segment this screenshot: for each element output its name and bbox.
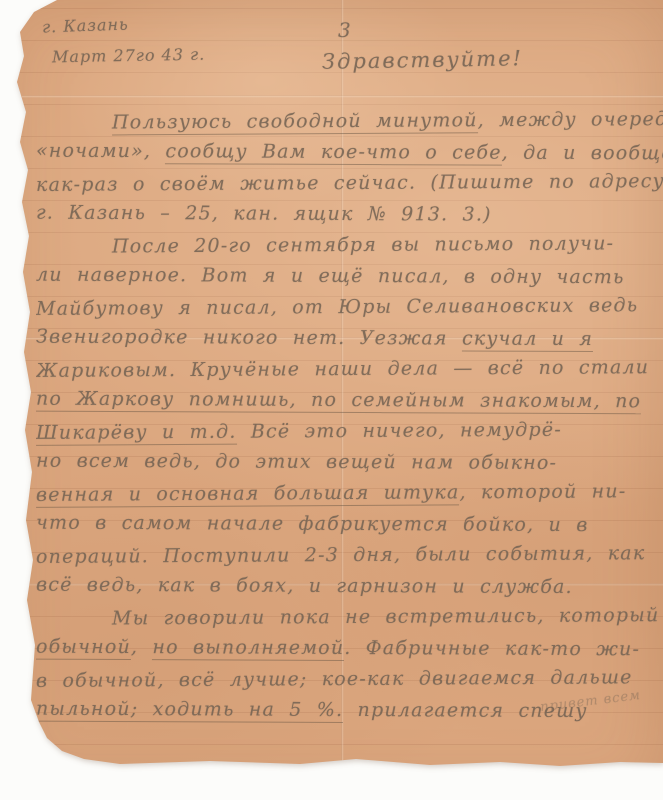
handwritten-line: г. Казань – 25, кан. ящик № 913. 3.) — [36, 198, 663, 232]
handwritten-line: всё ведь, как в боях, и гарнизон и служб… — [36, 570, 663, 604]
text-segment: После 20-го сентября вы письмо получи- — [112, 232, 614, 257]
text-segment: , — [131, 636, 153, 658]
text-segment: . Фабричные как-то жи- — [344, 637, 640, 660]
handwritten-line: Пользуюсь свободной минутой, между очере… — [36, 106, 663, 139]
underlined-text-segment: Пользуюсь свободной минутой — [112, 109, 478, 135]
text-segment: операций. Поступили 2-3 дня, были событи… — [36, 542, 645, 568]
paper-shadow-wrap: г. Казань Март 27го 43 г. 3 Здравствуйте… — [0, 0, 663, 800]
handwritten-line: операций. Поступили 2-3 дня, были событи… — [36, 538, 663, 573]
text-segment: Звенигородке никого нет. Уезжая — [36, 326, 462, 350]
date-line: Март 27го 43 г. — [52, 45, 206, 67]
aged-paper-sheet: г. Казань Март 27го 43 г. 3 Здравствуйте… — [0, 0, 663, 800]
page-number: 3 — [338, 18, 351, 42]
handwritten-line: «ночами», сообщу Вам кое-что о себе, да … — [36, 136, 663, 170]
handwritten-line: ли наверное. Вот я и ещё писал, в одну ч… — [36, 260, 663, 294]
handwritten-line: Жариковым. Кручёные наши дела — всё по с… — [36, 352, 663, 387]
text-segment: но всем ведь, до этих вещей нам обыкно- — [36, 450, 557, 474]
text-segment: , да и вообще — [502, 142, 663, 165]
handwritten-line: Звенигородке никого нет. Уезжая скучал и… — [36, 322, 663, 356]
text-segment: ли наверное. Вот я и ещё писал, в одну ч… — [36, 264, 625, 289]
handwritten-line: Мы говорили пока не встретились, который… — [36, 600, 663, 635]
text-segment: Мы говорили пока не встретились, который… — [112, 604, 663, 630]
scanned-letter-page: г. Казань Март 27го 43 г. 3 Здравствуйте… — [0, 0, 663, 800]
handwritten-line: по Жаркову помнишь, по семейным знакомым… — [36, 384, 663, 418]
text-segment: в обычной, всё лучше; кое-как двигаемся … — [36, 666, 633, 692]
underlined-text-segment: Шикарёву и т.д. — [36, 421, 237, 446]
handwritten-line: в обычной, всё лучше; кое-как двигаемся … — [36, 662, 663, 697]
text-segment: «ночами», — [36, 140, 165, 163]
underlined-text-segment: пыльной; ходить на 5 %. — [36, 698, 343, 723]
greeting-line: Здравствуйте! — [322, 46, 523, 74]
underlined-text-segment: скучал и я — [462, 327, 593, 352]
handwritten-line: что в самом начале фабрикуется бойко, и … — [36, 508, 663, 542]
handwritten-line: но всем ведь, до этих вещей нам обыкно- — [36, 446, 663, 480]
text-segment: г. Казань – 25, кан. ящик № 913. 3.) — [36, 202, 492, 226]
handwritten-line: После 20-го сентября вы письмо получи- — [36, 228, 663, 263]
handwritten-line: обычной, но выполняемой. Фабричные как-т… — [36, 632, 663, 666]
underlined-text-segment: по Жаркову помнишь, по семейным знакомым… — [36, 388, 641, 415]
city-line: г. Казань — [42, 14, 129, 36]
underlined-text-segment: но выполняемой — [152, 636, 344, 661]
underlined-text-segment: обычной — [36, 636, 131, 660]
text-segment: Майбутову я писал, от Юры Селивановских … — [36, 294, 638, 320]
text-segment: , между очередными — [478, 108, 663, 132]
handwritten-line: Шикарёву и т.д. Всё это ничего, немудрё- — [36, 414, 663, 449]
underlined-text-segment: венная и основная большая штука — [36, 481, 460, 508]
text-segment: что в самом начале фабрикуется бойко, и … — [36, 512, 589, 536]
handwritten-line: венная и основная большая штука, которой… — [36, 476, 663, 511]
handwritten-line: Майбутову я писал, от Юры Селивановских … — [36, 290, 663, 325]
horizontal-fold-crease-top — [22, 95, 663, 98]
text-segment: , которой ни- — [459, 480, 626, 503]
text-segment: как-раз о своём житье сейчас. (Пишите по… — [36, 170, 663, 196]
handwritten-line: как-раз о своём житье сейчас. (Пишите по… — [36, 166, 663, 201]
text-segment: всё ведь, как в боях, и гарнизон и служб… — [36, 574, 573, 598]
text-segment: Жариковым. Кручёные наши дела — всё по с… — [36, 356, 649, 382]
text-segment: Всё это ничего, немудрё- — [236, 419, 562, 443]
underlined-text-segment: сообщу Вам кое-что о себе — [165, 140, 501, 165]
